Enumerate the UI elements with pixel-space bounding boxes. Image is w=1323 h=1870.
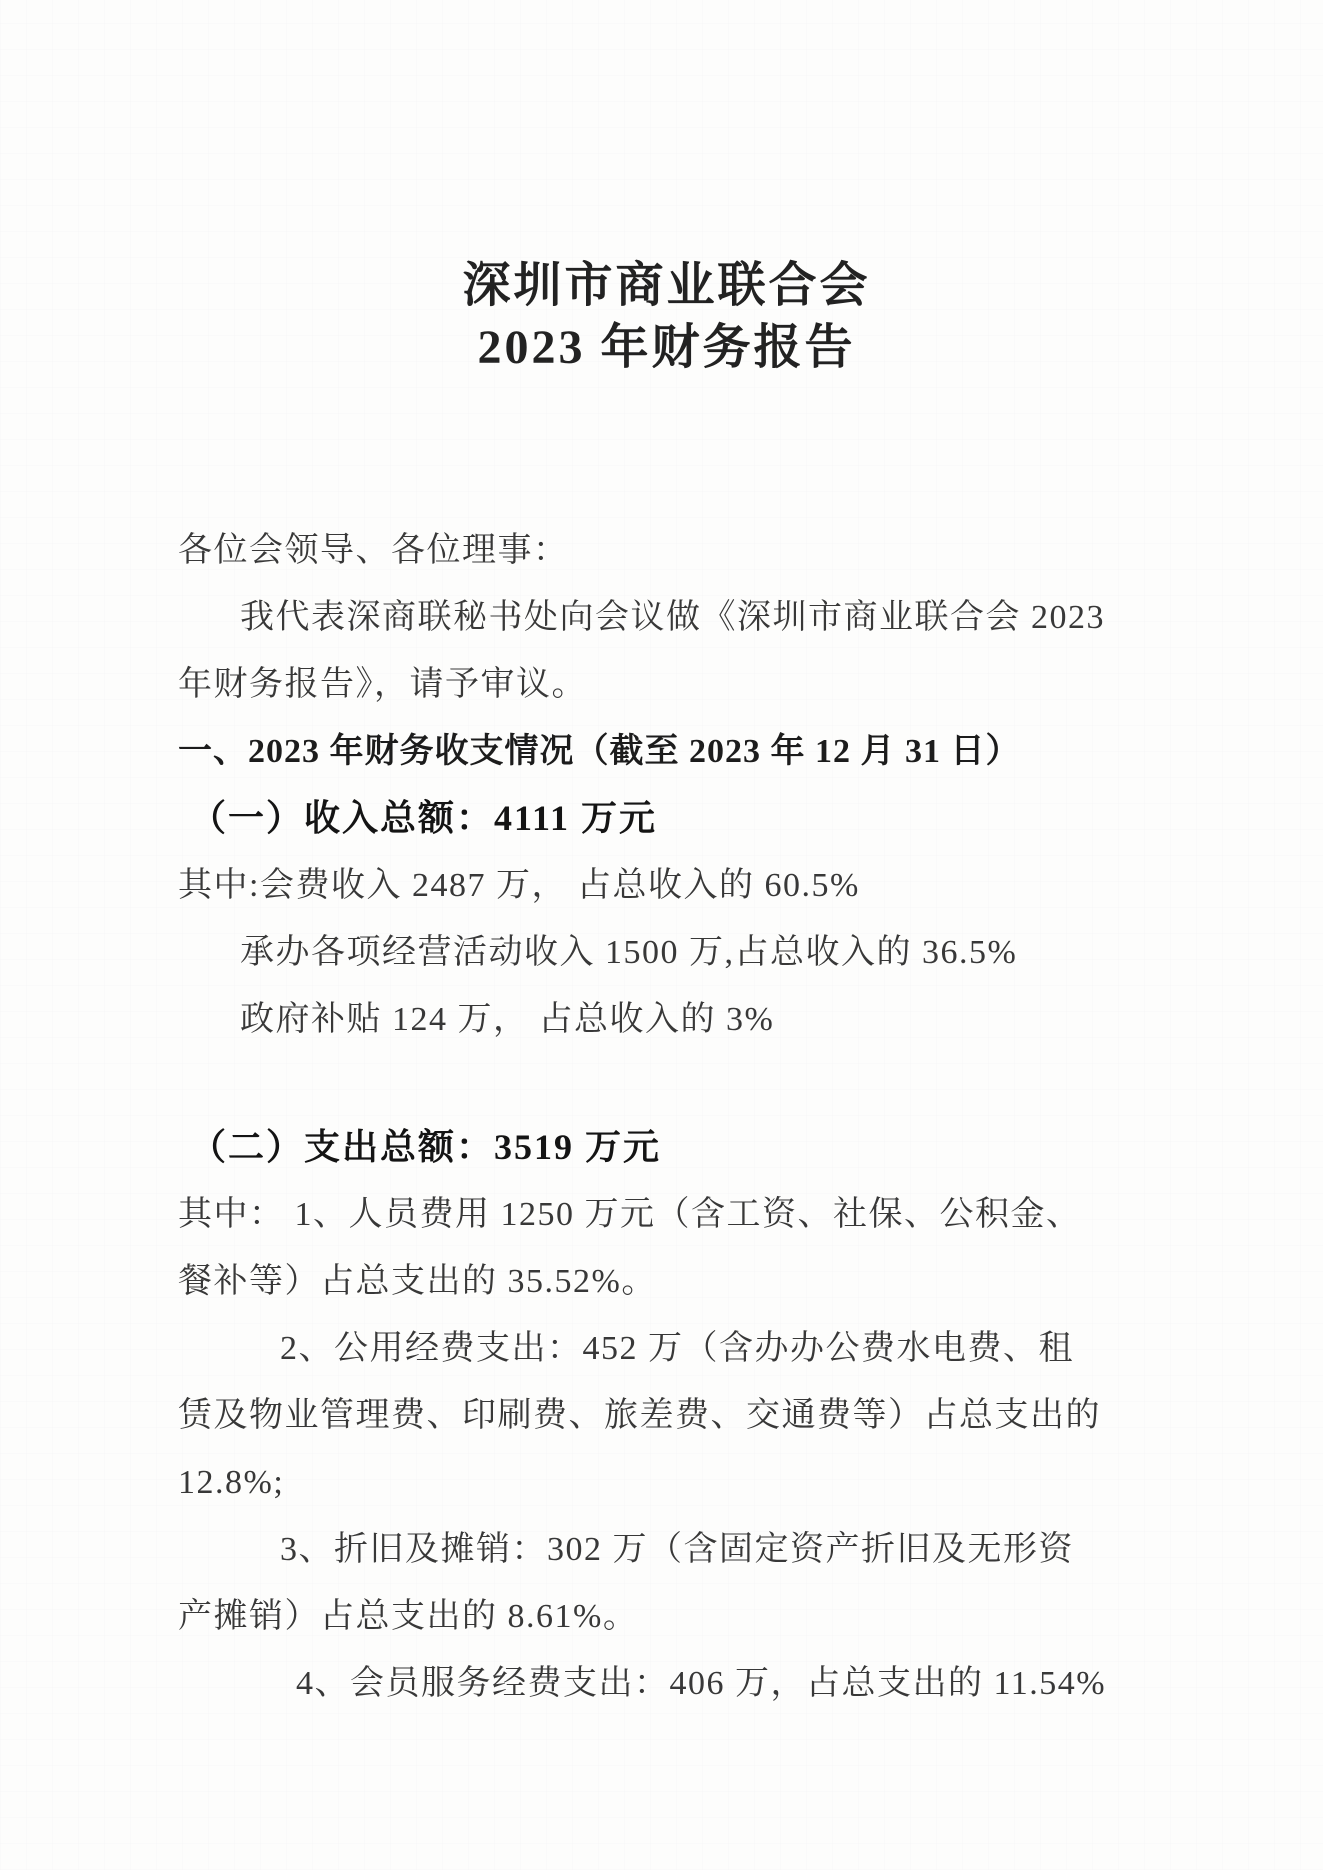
blank-gap — [178, 1053, 1155, 1114]
expense-detail-line-depreciation-1: 3、折旧及摊销：302 万（含固定资产折旧及无形资 — [178, 1516, 1155, 1583]
expense-detail-line-personnel-1: 其中： 1、人员费用 1250 万元（含工资、社保、公积金、 — [178, 1181, 1155, 1248]
document-body: 各位会领导、各位理事： 我代表深商联秘书处向会议做《深圳市商业联合会 2023 … — [178, 517, 1155, 1717]
intro-line-2: 年财务报告》，请予审议。 — [178, 651, 1155, 718]
expense-detail-line-member-services: 4、会员服务经费支出：406 万，占总支出的 11.54% — [178, 1650, 1155, 1717]
document-title-line-2: 2023 年财务报告 — [178, 317, 1155, 379]
income-detail-line-operating-activities: 承办各项经营活动收入 1500 万,占总收入的 36.5% — [178, 919, 1155, 986]
expense-detail-line-utilities-3: 12.8%; — [178, 1449, 1155, 1516]
income-detail-line-government-subsidy: 政府补贴 124 万， 占总收入的 3% — [178, 986, 1155, 1053]
income-detail-line-membership-fees: 其中:会费收入 2487 万， 占总收入的 60.5% — [178, 852, 1155, 919]
expense-detail-line-utilities-2: 赁及物业管理费、印刷费、旅差费、交通费等）占总支出的 — [178, 1382, 1155, 1449]
expense-total-heading: （二）支出总额：3519 万元 — [178, 1114, 1155, 1181]
document-page: 深圳市商业联合会 2023 年财务报告 各位会领导、各位理事： 我代表深商联秘书… — [0, 0, 1323, 1870]
salutation-line: 各位会领导、各位理事： — [178, 517, 1155, 584]
intro-line-1: 我代表深商联秘书处向会议做《深圳市商业联合会 2023 — [178, 584, 1155, 651]
expense-detail-line-depreciation-2: 产摊销）占总支出的 8.61%。 — [178, 1583, 1155, 1650]
income-total-heading: （一）收入总额：4111 万元 — [178, 785, 1155, 852]
document-title-line-1: 深圳市商业联合会 — [178, 255, 1155, 317]
expense-detail-line-utilities-1: 2、公用经费支出：452 万（含办办公费水电费、租 — [178, 1315, 1155, 1382]
section-1-heading: 一、2023 年财务收支情况（截至 2023 年 12 月 31 日） — [178, 718, 1155, 785]
expense-detail-line-personnel-2: 餐补等）占总支出的 35.52%。 — [178, 1248, 1155, 1315]
